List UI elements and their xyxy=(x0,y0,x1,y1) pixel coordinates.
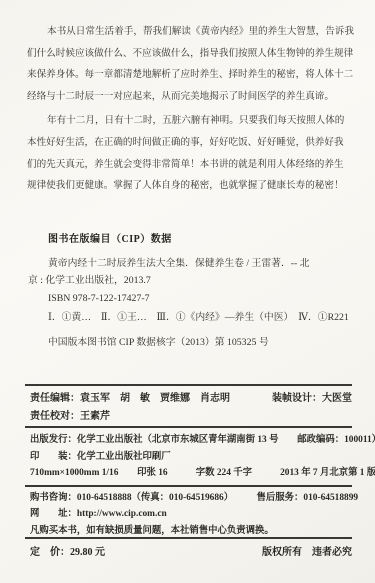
purchase-hotline: 购书咨询：010-64518888（传真：010-64519686） 售后服务：… xyxy=(30,490,360,506)
copyright-notice: 版权所有 违者必究 xyxy=(262,543,352,558)
cip-title-line: 黄帝内经十二时辰养生法大全集．保健养生卷 / 王雷著．-- 北 xyxy=(28,255,310,272)
divider-line xyxy=(25,384,352,386)
price-label: 定 价：29.80 元 xyxy=(30,543,105,558)
cip-heading: 图书在版编目（CIP）数据 xyxy=(48,230,172,245)
responsible-proofreader: 责任校对：王素芹 xyxy=(30,408,352,426)
cip-classification: Ⅰ．①黄… Ⅱ．①王… Ⅲ．①《内经》—养生（中医） Ⅳ．①R221 xyxy=(48,309,349,323)
staff-row: 责任编辑：袁玉军 胡 敏 贾维娜 肖志明 装帧设计：大医堂 xyxy=(30,390,352,408)
cip-publisher-line: 京 : 化学工业出版社，2013.7 xyxy=(28,272,310,289)
publisher-line: 出版发行：化学工业出版社（北京市东城区青年湖南街 13 号 邮政编码：10001… xyxy=(30,432,360,449)
cip-record-block: 黄帝内经十二时辰养生法大全集．保健养生卷 / 王雷著．-- 北 京 : 化学工业… xyxy=(28,255,310,307)
book-copyright-page: 本书从日常生活着手，帮我们解读《黄帝内经》里的养生大智慧，告诉我 们什么时候应该… xyxy=(0,0,375,583)
publishing-section: 出版发行：化学工业出版社（北京市东城区青年湖南街 13 号 邮政编码：10001… xyxy=(30,432,360,482)
format-spec-line: 710mm×1000mm 1/16 印张 16 字数 224 千字 2013 年… xyxy=(30,465,360,482)
cip-record-number: 中国版本图书馆 CIP 数据核字（2013）第 105325 号 xyxy=(48,334,269,348)
text-line: 本性好好生活，在正确的时间做正确的事，好好吃饭、好好睡觉，供养好我 xyxy=(27,132,352,154)
footer-section: 定 价：29.80 元 版权所有 违者必究 xyxy=(30,543,352,558)
text-line: 本书从日常生活着手，帮我们解读《黄帝内经》里的养生大智慧，告诉我 xyxy=(27,21,352,43)
staff-section: 责任编辑：袁玉军 胡 敏 贾维娜 肖志明 装帧设计：大医堂 责任校对：王素芹 xyxy=(30,390,352,426)
text-line: 经络与十二时辰一一对应起来，从而完美地揭示了时间医学的养生真谛。 xyxy=(27,86,352,108)
binding-design: 装帧设计：大医堂 xyxy=(272,390,352,408)
text-line: 们的先天真元，养生就会变得非常简单！本书讲的就是利用人体经络的养生 xyxy=(27,154,352,176)
responsible-editors: 责任编辑：袁玉军 胡 敏 贾维娜 肖志明 xyxy=(30,390,230,408)
intro-section: 本书从日常生活着手，帮我们解读《黄帝内经》里的养生大智慧，告诉我 们什么时候应该… xyxy=(27,21,352,197)
contact-section: 购书咨询：010-64518888（传真：010-64519686） 售后服务：… xyxy=(30,490,360,539)
cip-isbn: ISBN 978-7-122-17427-7 xyxy=(28,290,310,307)
printing-line: 印 装：化学工业出版社印刷厂 xyxy=(30,449,360,466)
text-line: 年有十二月，日有十二时，五脏六腑有神明。只要我们每天按照人体的 xyxy=(27,110,352,132)
text-line: 来保养身体。每一章都清楚地解析了应时养生、择时养生的秘密，将人体十二 xyxy=(27,64,352,86)
divider-line xyxy=(25,426,352,428)
divider-line xyxy=(25,537,352,539)
intro-paragraph-2: 年有十二月，日有十二时，五脏六腑有神明。只要我们每天按照人体的 本性好好生活，在… xyxy=(27,110,352,196)
text-line: 规律使我们更健康。掌握了人体自身的秘密，也就掌握了健康长寿的秘密！ xyxy=(27,175,352,197)
website-line: 网 址：http://www.cip.com.cn xyxy=(30,506,360,522)
intro-paragraph-1: 本书从日常生活着手，帮我们解读《黄帝内经》里的养生大智慧，告诉我 们什么时候应该… xyxy=(27,21,352,107)
divider-line xyxy=(25,485,352,487)
text-line: 们什么时候应该做什么、不应该做什么，指导我们按照人体生物钟的养生规律 xyxy=(27,43,352,65)
